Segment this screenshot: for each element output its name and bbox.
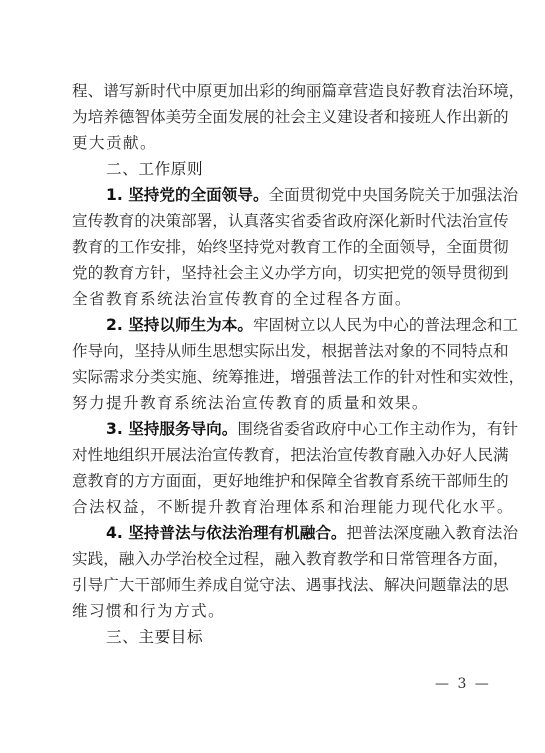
principle-3-title: 3. 坚持服务导向。 — [106, 420, 237, 438]
text-line: 实际需求分类实施、统筹推进，增强普法工作的针对性和实效性， — [72, 364, 484, 390]
text-line: 维习惯和行为方式。 — [72, 598, 484, 624]
text-line: 引导广大干部师生养成自觉守法、遇事找法、解决问题靠法的思 — [72, 572, 484, 598]
principle-1-first-line: 1. 坚持党的全面领导。全面贯彻党中央国务院关于加强法治 — [72, 182, 484, 208]
document-body: 程、谱写新时代中原更加出彩的绚丽篇章营造良好教育法治环境， 为培养德智体美劳全面… — [72, 78, 484, 650]
text-line: 努力提升教育系统法治宣传教育的质量和效果。 — [72, 390, 484, 416]
document-page: 程、谱写新时代中原更加出彩的绚丽篇章营造良好教育法治环境， 为培养德智体美劳全面… — [0, 0, 545, 753]
principle-4-first-line: 4. 坚持普法与依法治理有机融合。把普法深度融入教育法治 — [72, 520, 484, 546]
page-number: — 3 — — [435, 676, 491, 692]
text-line: 宣传教育的决策部署，认真落实省委省政府深化新时代法治宣传 — [72, 208, 484, 234]
text-line: 程、谱写新时代中原更加出彩的绚丽篇章营造良好教育法治环境， — [72, 78, 484, 104]
text-line: 教育的工作安排，始终坚持党对教育工作的全面领导，全面贯彻 — [72, 234, 484, 260]
text-line: 全省教育系统法治宣传教育的全过程各方面。 — [72, 286, 484, 312]
principle-1-text: 全面贯彻党中央国务院关于加强法治 — [269, 186, 519, 204]
section-heading-goals: 三、主要目标 — [72, 624, 484, 650]
principle-2-first-line: 2. 坚持以师生为本。牢固树立以人民为中心的普法理念和工 — [72, 312, 484, 338]
principle-2-title: 2. 坚持以师生为本。 — [106, 316, 253, 334]
principle-3-first-line: 3. 坚持服务导向。围绕省委省政府中心工作主动作为，有针 — [72, 416, 484, 442]
text-line: 为培养德智体美劳全面发展的社会主义建设者和接班人作出新的 — [72, 104, 484, 130]
principle-2-text: 牢固树立以人民为中心的普法理念和工 — [253, 316, 518, 334]
principle-1-title: 1. 坚持党的全面领导。 — [106, 186, 269, 204]
text-line: 合法权益，不断提升教育治理体系和治理能力现代化水平。 — [72, 494, 484, 520]
text-line: 意教育的方方面面，更好地维护和保障全省教育系统干部师生的 — [72, 468, 484, 494]
principle-3-text: 围绕省委省政府中心工作主动作为，有针 — [237, 420, 518, 438]
text-line: 实践，融入办学治校全过程，融入教育教学和日常管理各方面， — [72, 546, 484, 572]
principle-4-title: 4. 坚持普法与依法治理有机融合。 — [106, 524, 347, 542]
text-line: 党的教育方针，坚持社会主义办学方向，切实把党的领导贯彻到 — [72, 260, 484, 286]
text-line: 作导向，坚持从师生思想实际出发，根据普法对象的不同特点和 — [72, 338, 484, 364]
principle-4-text: 把普法深度融入教育法治 — [347, 524, 519, 542]
text-line: 更大贡献。 — [72, 130, 484, 156]
text-line: 对性地组织开展法治宣传教育，把法治宣传教育融入办好人民满 — [72, 442, 484, 468]
section-heading-principles: 二、工作原则 — [72, 156, 484, 182]
